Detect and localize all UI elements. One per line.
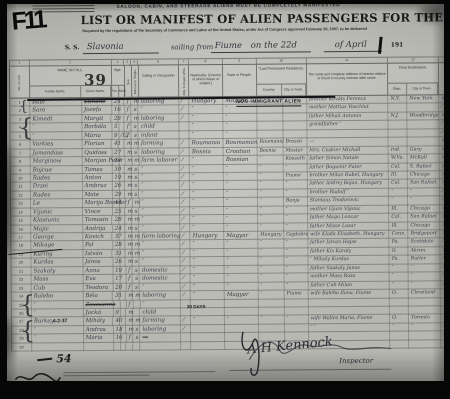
cell-rw: ⁄ xyxy=(181,325,191,334)
cell-giv xyxy=(84,343,114,352)
name-column-stamp: 39 xyxy=(84,73,107,88)
cell-dcity: Cleveland xyxy=(409,289,441,298)
cell-yrs: 41 xyxy=(112,140,119,148)
header-city: City or Town. xyxy=(282,84,306,95)
cell-yrs: 28 xyxy=(113,216,120,224)
cell-race xyxy=(225,299,259,308)
non-immigrant-alien-stamp: NON-IMMIGRANT ALIEN xyxy=(236,99,301,107)
cell-dcity: Butler xyxy=(409,256,441,265)
corner-mark-f11: F11 xyxy=(11,7,46,34)
cell-dcity xyxy=(409,306,441,315)
cell-yrs: 25 xyxy=(113,208,120,216)
cell-rw: ⁄ xyxy=(180,215,190,224)
cell-dcity xyxy=(409,340,441,349)
cell-yrs: 24 xyxy=(113,224,120,232)
cell-race: Magyar xyxy=(224,232,258,241)
cell-ctry xyxy=(257,122,283,131)
cell-occ: laboring xyxy=(139,114,180,123)
cell-occ: ″ xyxy=(139,190,180,199)
cell-city: Kossuth xyxy=(284,155,308,164)
cell-st: Ill. xyxy=(389,171,408,180)
cell-giv: Zsuzsanna xyxy=(83,300,113,309)
cell-race: ″ xyxy=(225,274,259,283)
cell-ms: m xyxy=(133,199,140,207)
cell-nat: ″ xyxy=(189,114,223,123)
cell-no: 8 xyxy=(11,158,31,167)
cell-no: 21 xyxy=(12,267,32,276)
cell-race: Bosnian xyxy=(224,156,258,165)
cell-occ: domestic xyxy=(140,266,181,275)
cell-giv: Kovich xyxy=(83,233,113,242)
cell-city: ″ xyxy=(284,189,308,198)
cell-no: 11 xyxy=(11,183,31,192)
cell-city: ″ xyxy=(284,223,308,232)
cell-occ: ″ xyxy=(140,224,181,233)
cell-yrs: 20 xyxy=(113,283,120,291)
cell-race: ″ xyxy=(225,282,259,291)
cell-rw: ⁄ xyxy=(181,258,191,267)
ship-underline xyxy=(83,53,159,55)
cell-giv: János xyxy=(83,258,113,267)
cell-nat: ″ xyxy=(191,249,225,258)
cell-occ: farm laboring xyxy=(140,232,181,241)
cell-rw xyxy=(181,342,191,351)
cell-yrs: 28 xyxy=(113,241,120,249)
cell-occ: ″ xyxy=(140,283,181,292)
cell-giv: Mária xyxy=(82,132,112,141)
scan-border-left xyxy=(0,0,7,399)
cell-rw: ⁄ xyxy=(181,249,191,258)
cell-sx: m xyxy=(126,224,133,232)
cell-no: 10 xyxy=(11,174,31,183)
group-brace: { xyxy=(20,318,35,342)
inspector-title: Inspector xyxy=(339,357,373,365)
cell-ctry: ″ xyxy=(258,215,284,224)
cell-giv: István xyxy=(83,250,113,259)
cell-dcity: ″ xyxy=(408,188,440,197)
cell-sx: m xyxy=(126,326,133,334)
cell-ctry: ″ xyxy=(258,198,284,207)
cell-yrs: 40 xyxy=(113,317,120,325)
cell-ctry: ″ xyxy=(258,248,284,257)
cell-ctry: Hungary xyxy=(258,232,284,241)
cell-yrs: 26 xyxy=(112,182,119,190)
cell-rw: ⁄ xyxy=(180,148,190,157)
cell-race: ″ xyxy=(224,190,258,199)
cell-city: Gajdobra xyxy=(284,231,308,240)
cell-ms: m xyxy=(133,216,140,224)
cell-no: 6 xyxy=(11,141,31,150)
cell-ctry xyxy=(257,130,283,139)
cell-ctry: ″ xyxy=(258,164,284,173)
cell-nat: ″ xyxy=(190,165,224,174)
cell-yrs: 44 xyxy=(113,199,120,207)
cell-sx: m xyxy=(126,207,133,215)
cell-no: 16 xyxy=(11,225,31,234)
cell-sx: f xyxy=(127,334,134,342)
col-number: 9 xyxy=(223,59,257,64)
cell-no: 7 xyxy=(11,149,31,158)
cell-st: ″ xyxy=(390,273,409,282)
cell-nat xyxy=(191,333,225,342)
cell-st: O. xyxy=(390,315,409,324)
cell-ctry: ″ xyxy=(258,240,284,249)
cell-giv: Vince xyxy=(83,208,113,217)
cell-race: ″ xyxy=(225,265,259,274)
cell-occ: laboring xyxy=(140,291,181,300)
cell-rw: ⁄ xyxy=(181,283,191,292)
cell-rw: ⁄ xyxy=(180,199,190,208)
thirty-days-stamp: 30 DAYS xyxy=(187,304,206,309)
cell-ms xyxy=(133,300,140,308)
cell-rw: ⁄ xyxy=(181,291,191,300)
cell-occ: farming xyxy=(140,317,181,326)
cell-st xyxy=(389,121,408,130)
sail-month: of April xyxy=(335,40,367,50)
cell-sx: f xyxy=(125,131,132,139)
cell-giv: Jozefa xyxy=(82,106,112,115)
month-underline xyxy=(324,51,382,52)
cell-city: ″ xyxy=(284,214,308,223)
cell-ms: s xyxy=(132,106,139,114)
cell-occ: laboring xyxy=(140,325,181,334)
cell-no: 13 xyxy=(11,200,31,209)
cell-ctry: ″ xyxy=(258,156,284,165)
cell-dcity xyxy=(407,104,439,113)
cell-city: ″ xyxy=(284,206,308,215)
cell-giv: Pal xyxy=(83,241,113,250)
cell-occ: ″ xyxy=(139,165,180,174)
cell-nat: ″ xyxy=(190,215,224,224)
cell-race: ″ xyxy=(223,122,257,131)
cell-st xyxy=(389,104,408,113)
cell-nat: ″ xyxy=(191,257,225,266)
cell-race: ″ xyxy=(224,215,258,224)
cell-race: Croatian xyxy=(224,147,258,156)
cell-sx: f xyxy=(125,106,132,114)
header-country: Country. xyxy=(257,85,283,96)
cell-ms: s xyxy=(133,266,140,274)
cell-giv: Andras xyxy=(84,326,114,335)
cell-yrs: 9 xyxy=(113,309,120,317)
cell-nat: ″ xyxy=(189,105,223,114)
page-title: LIST OR MANIFEST OF ALIEN PASSENGERS FOR… xyxy=(81,10,447,27)
cell-no: 18 xyxy=(11,242,31,251)
cell-rw: ⁄ xyxy=(181,232,191,241)
cell-occ: ″ xyxy=(140,199,181,208)
cell-sx: m xyxy=(125,174,132,182)
cell-st: ″ xyxy=(390,323,409,332)
group-brace: { xyxy=(20,292,35,316)
cell-occ: ″ xyxy=(140,258,181,267)
cell-nat: Hungary xyxy=(191,232,225,241)
cell-ms: s xyxy=(133,258,140,266)
cell-ctry: Roumania xyxy=(257,139,283,148)
cell-sx: m xyxy=(126,250,133,258)
cell-ms: s xyxy=(133,207,140,215)
cell-ms: m xyxy=(133,317,140,325)
cell-st xyxy=(389,129,408,138)
cell-rw xyxy=(181,308,191,317)
cell-nat: ″ xyxy=(191,274,225,283)
col-number: 7 xyxy=(179,59,189,64)
col-number: 10 xyxy=(257,58,307,63)
cell-rw xyxy=(180,131,190,140)
cell-occ: child xyxy=(140,308,181,317)
cell-st: O. xyxy=(390,247,409,256)
cell-ms: m xyxy=(132,115,139,123)
cell-no: 17 xyxy=(11,234,31,243)
cell-yrs xyxy=(113,300,120,308)
cell-occ: domestic xyxy=(140,275,181,284)
cell-ctry: Bosnia xyxy=(257,147,283,156)
cell-st: Ill. xyxy=(389,222,408,231)
cell-st: ″ xyxy=(390,281,409,290)
cell-city: ″ xyxy=(284,181,308,190)
cell-ctry: ″ xyxy=(259,282,285,291)
cell-giv: Mihály xyxy=(84,317,114,326)
cell-st: Cal. xyxy=(389,163,408,172)
header-no-on-list: No. on List. xyxy=(10,67,30,98)
cell-ctry xyxy=(259,299,285,308)
cell-occ: child xyxy=(139,123,180,132)
cell-yrs: 30 xyxy=(112,165,119,173)
cell-yrs: 37 xyxy=(113,233,120,241)
cell-sx: m xyxy=(126,233,133,241)
cell-ctry: ″ xyxy=(258,172,284,181)
cell-st: N.Y. xyxy=(388,96,407,105)
cell-yrs: 27 xyxy=(112,148,119,156)
footnote-text-line xyxy=(63,375,149,377)
cell-sx: m xyxy=(126,216,133,224)
page-subtitle: Required by the regulations of the Secre… xyxy=(57,27,393,35)
cell-sx: m xyxy=(125,157,132,165)
header-family-name: Family Name. xyxy=(30,86,81,97)
cell-ms: s xyxy=(133,325,140,333)
cell-sx: m xyxy=(125,148,132,156)
table-header: No. on List. NAME IN FULL. Family Name. … xyxy=(9,62,446,98)
cell-nat: ″ xyxy=(191,316,225,325)
cell-rw xyxy=(180,123,190,132)
cell-sx: m xyxy=(125,191,132,199)
cell-dcity: S. Rafael xyxy=(408,163,440,172)
cell-yrs: 19 xyxy=(112,174,119,182)
cell-no: 20 xyxy=(11,259,31,268)
cell-yrs: 31 xyxy=(113,250,120,258)
cell-dcity xyxy=(409,332,441,341)
cell-giv: Florian xyxy=(82,140,112,149)
cell-city: ″ xyxy=(284,240,308,249)
cell-dcity: Gary xyxy=(408,146,440,155)
col-number: 5 xyxy=(131,60,138,65)
scan-border-top xyxy=(0,0,450,4)
cell-st: ″ xyxy=(389,188,408,197)
cell-nat: ″ xyxy=(190,156,224,165)
cell-yrs: 29 xyxy=(112,191,119,199)
cell-race: Roumanian xyxy=(223,139,257,148)
cell-st: N.J. xyxy=(388,112,407,121)
col-number: 12 xyxy=(388,57,439,62)
header-race: Race or People. xyxy=(223,65,257,96)
cell-yrs: 17 xyxy=(113,275,120,283)
cell-rw: ⁄ xyxy=(180,190,190,199)
scanned-manifest-page: SALOON, CABIN, AND STEERAGE ALIENS MUST … xyxy=(0,0,450,399)
cell-rw: ⁄ xyxy=(181,274,191,283)
cell-occ: infant xyxy=(139,131,180,140)
cell-ctry: ″ xyxy=(258,265,284,274)
cell-sx: f xyxy=(126,283,133,291)
cell-ms: m xyxy=(133,250,140,258)
cell-st xyxy=(390,298,409,307)
cell-no: 22 xyxy=(12,276,32,285)
cell-giv: Marijan Peter xyxy=(82,157,112,166)
cell-ctry: ″ xyxy=(258,181,284,190)
cell-ms: s xyxy=(132,165,139,173)
cell-rw: ⁄ xyxy=(180,173,190,182)
col-number: 8 xyxy=(189,59,223,64)
cell-giv: Anna xyxy=(83,267,113,276)
cell-dcity: Chicago xyxy=(408,222,440,231)
cell-city xyxy=(285,307,309,316)
cell-yrs: 16 xyxy=(114,334,121,342)
cell-city: ″ xyxy=(284,274,308,283)
cell-yrs: 18 xyxy=(113,326,120,334)
cell-nat: ″ xyxy=(190,122,224,131)
cell-dcity: McKall xyxy=(408,154,440,163)
cell-city: ″ xyxy=(283,164,307,173)
cell-giv: Tomas xyxy=(82,165,112,174)
sail-date: on the 22d xyxy=(251,40,297,50)
cell-occ xyxy=(141,342,182,351)
cell-dcity: Woodbridge xyxy=(407,112,439,121)
cell-rw: ⁄ xyxy=(180,182,190,191)
ss-label: S. S. xyxy=(65,44,80,52)
cell-race: Magyar xyxy=(225,291,259,300)
cell-sx: f xyxy=(126,300,133,308)
cell-rw: ⁄ xyxy=(180,106,190,115)
cell-giv: Tomasin xyxy=(83,216,113,225)
cell-dcity: Chicago xyxy=(408,171,440,180)
cell-city: ″ xyxy=(285,316,309,325)
cell-giv: Béla xyxy=(83,292,113,301)
footnote-text-line xyxy=(63,371,215,373)
cell-dcity: Akron xyxy=(409,247,441,256)
ship-name: Slavonia xyxy=(87,42,124,52)
cell-no: 9 xyxy=(11,166,31,175)
cell-no: 12 xyxy=(11,191,31,200)
cell-dcity xyxy=(408,129,440,138)
cell-occ: — xyxy=(141,334,182,343)
cell-ms: s xyxy=(133,224,140,232)
cell-occ: ″ xyxy=(139,106,180,115)
cell-st: Ind. xyxy=(389,146,408,155)
cell-rw: ⁄ xyxy=(181,266,191,275)
cell-ctry: ″ xyxy=(258,223,284,232)
cell-ms: m xyxy=(133,233,140,241)
cell-dcity: Toronto xyxy=(409,315,441,324)
cell-nat: ″ xyxy=(190,190,224,199)
cell-dcity: Chicago xyxy=(408,205,440,214)
table-body: 1BabiStihane24fmlaboring⁄HungaryMagyarbr… xyxy=(9,95,448,352)
cell-yrs: 34 xyxy=(112,157,119,165)
cell-sx: m xyxy=(126,317,133,325)
cell-dcity: Bridgeport xyxy=(408,230,440,239)
cell-sx: m xyxy=(125,182,132,190)
cell-city: Brassó xyxy=(283,139,307,148)
cell-giv: Jackó xyxy=(84,309,114,318)
year-label: 191 xyxy=(391,42,404,50)
cell-rw: ⁄ xyxy=(181,317,191,326)
port-name: Fiume xyxy=(215,41,242,51)
cell-nat: ″ xyxy=(190,131,224,140)
cell-nat: ″ xyxy=(191,291,225,300)
document-content: SALOON, CABIN, AND STEERAGE ALIENS MUST … xyxy=(0,0,450,399)
cell-city: Fiume xyxy=(284,172,308,181)
cell-ctry: ″ xyxy=(259,291,285,300)
cell-dcity: ″ xyxy=(409,264,441,273)
cell-rw: ⁄ xyxy=(180,114,190,123)
cell-ms: s xyxy=(133,275,140,283)
cell-city: ″ xyxy=(284,257,308,266)
cell-dcity: San Rafael xyxy=(408,213,440,222)
col-number: 11 xyxy=(307,58,389,64)
cell-city xyxy=(285,324,309,333)
cell-st: ″ xyxy=(390,264,409,273)
cell-st xyxy=(389,138,408,147)
cell-occ: ″ xyxy=(140,249,181,258)
cell-race: ″ xyxy=(224,249,258,258)
cell-nat xyxy=(191,308,225,317)
cell-nat: ″ xyxy=(191,283,225,292)
cell-giv: Borbála xyxy=(82,123,112,132)
cell-rw: ⁄ xyxy=(180,165,190,174)
cell-rw: ⁄ xyxy=(181,241,191,250)
cell-yrs: 5 xyxy=(112,123,119,131)
cell-sx: f xyxy=(126,199,133,207)
cell-st: Cal. xyxy=(389,180,408,189)
cell-giv: Margit xyxy=(82,115,112,124)
cell-no: 14 xyxy=(11,208,31,217)
cell-nat: ″ xyxy=(190,207,224,216)
cell-ctry: ″ xyxy=(258,206,284,215)
cell-race: ″ xyxy=(224,164,258,173)
cell-ms: s xyxy=(133,283,140,291)
cell-rw xyxy=(181,334,191,343)
cell-dcity: ″ xyxy=(408,197,440,206)
cell-ms: s xyxy=(132,190,139,198)
cell-giv: Ambruz xyxy=(83,182,113,191)
header-nationality: Nationality. (Country of which citizen o… xyxy=(189,65,223,96)
cell-st xyxy=(390,306,409,315)
cell-ctry: ″ xyxy=(259,316,285,325)
cell-race: ″ xyxy=(225,316,259,325)
cell-sx: m xyxy=(125,165,132,173)
header-nearest-relative: The name and complete address of nearest… xyxy=(307,64,389,96)
cell-sx: m xyxy=(125,140,132,148)
cell-yrs xyxy=(114,343,121,351)
cell-dcity: New York xyxy=(407,95,439,104)
cell-dcity: ″ xyxy=(409,323,441,332)
cell-st: W.Va. xyxy=(389,155,408,164)
cell-nat: ″ xyxy=(191,266,225,275)
cell-st: Conn. xyxy=(390,231,409,240)
cell-city: Fiume xyxy=(284,290,308,299)
cell-race: ″ xyxy=(224,240,258,249)
cell-ms: s xyxy=(132,174,139,182)
cell-dcity: ″ xyxy=(409,272,441,281)
col-number: 6 xyxy=(138,59,179,64)
cell-yrs: 26 xyxy=(113,258,120,266)
